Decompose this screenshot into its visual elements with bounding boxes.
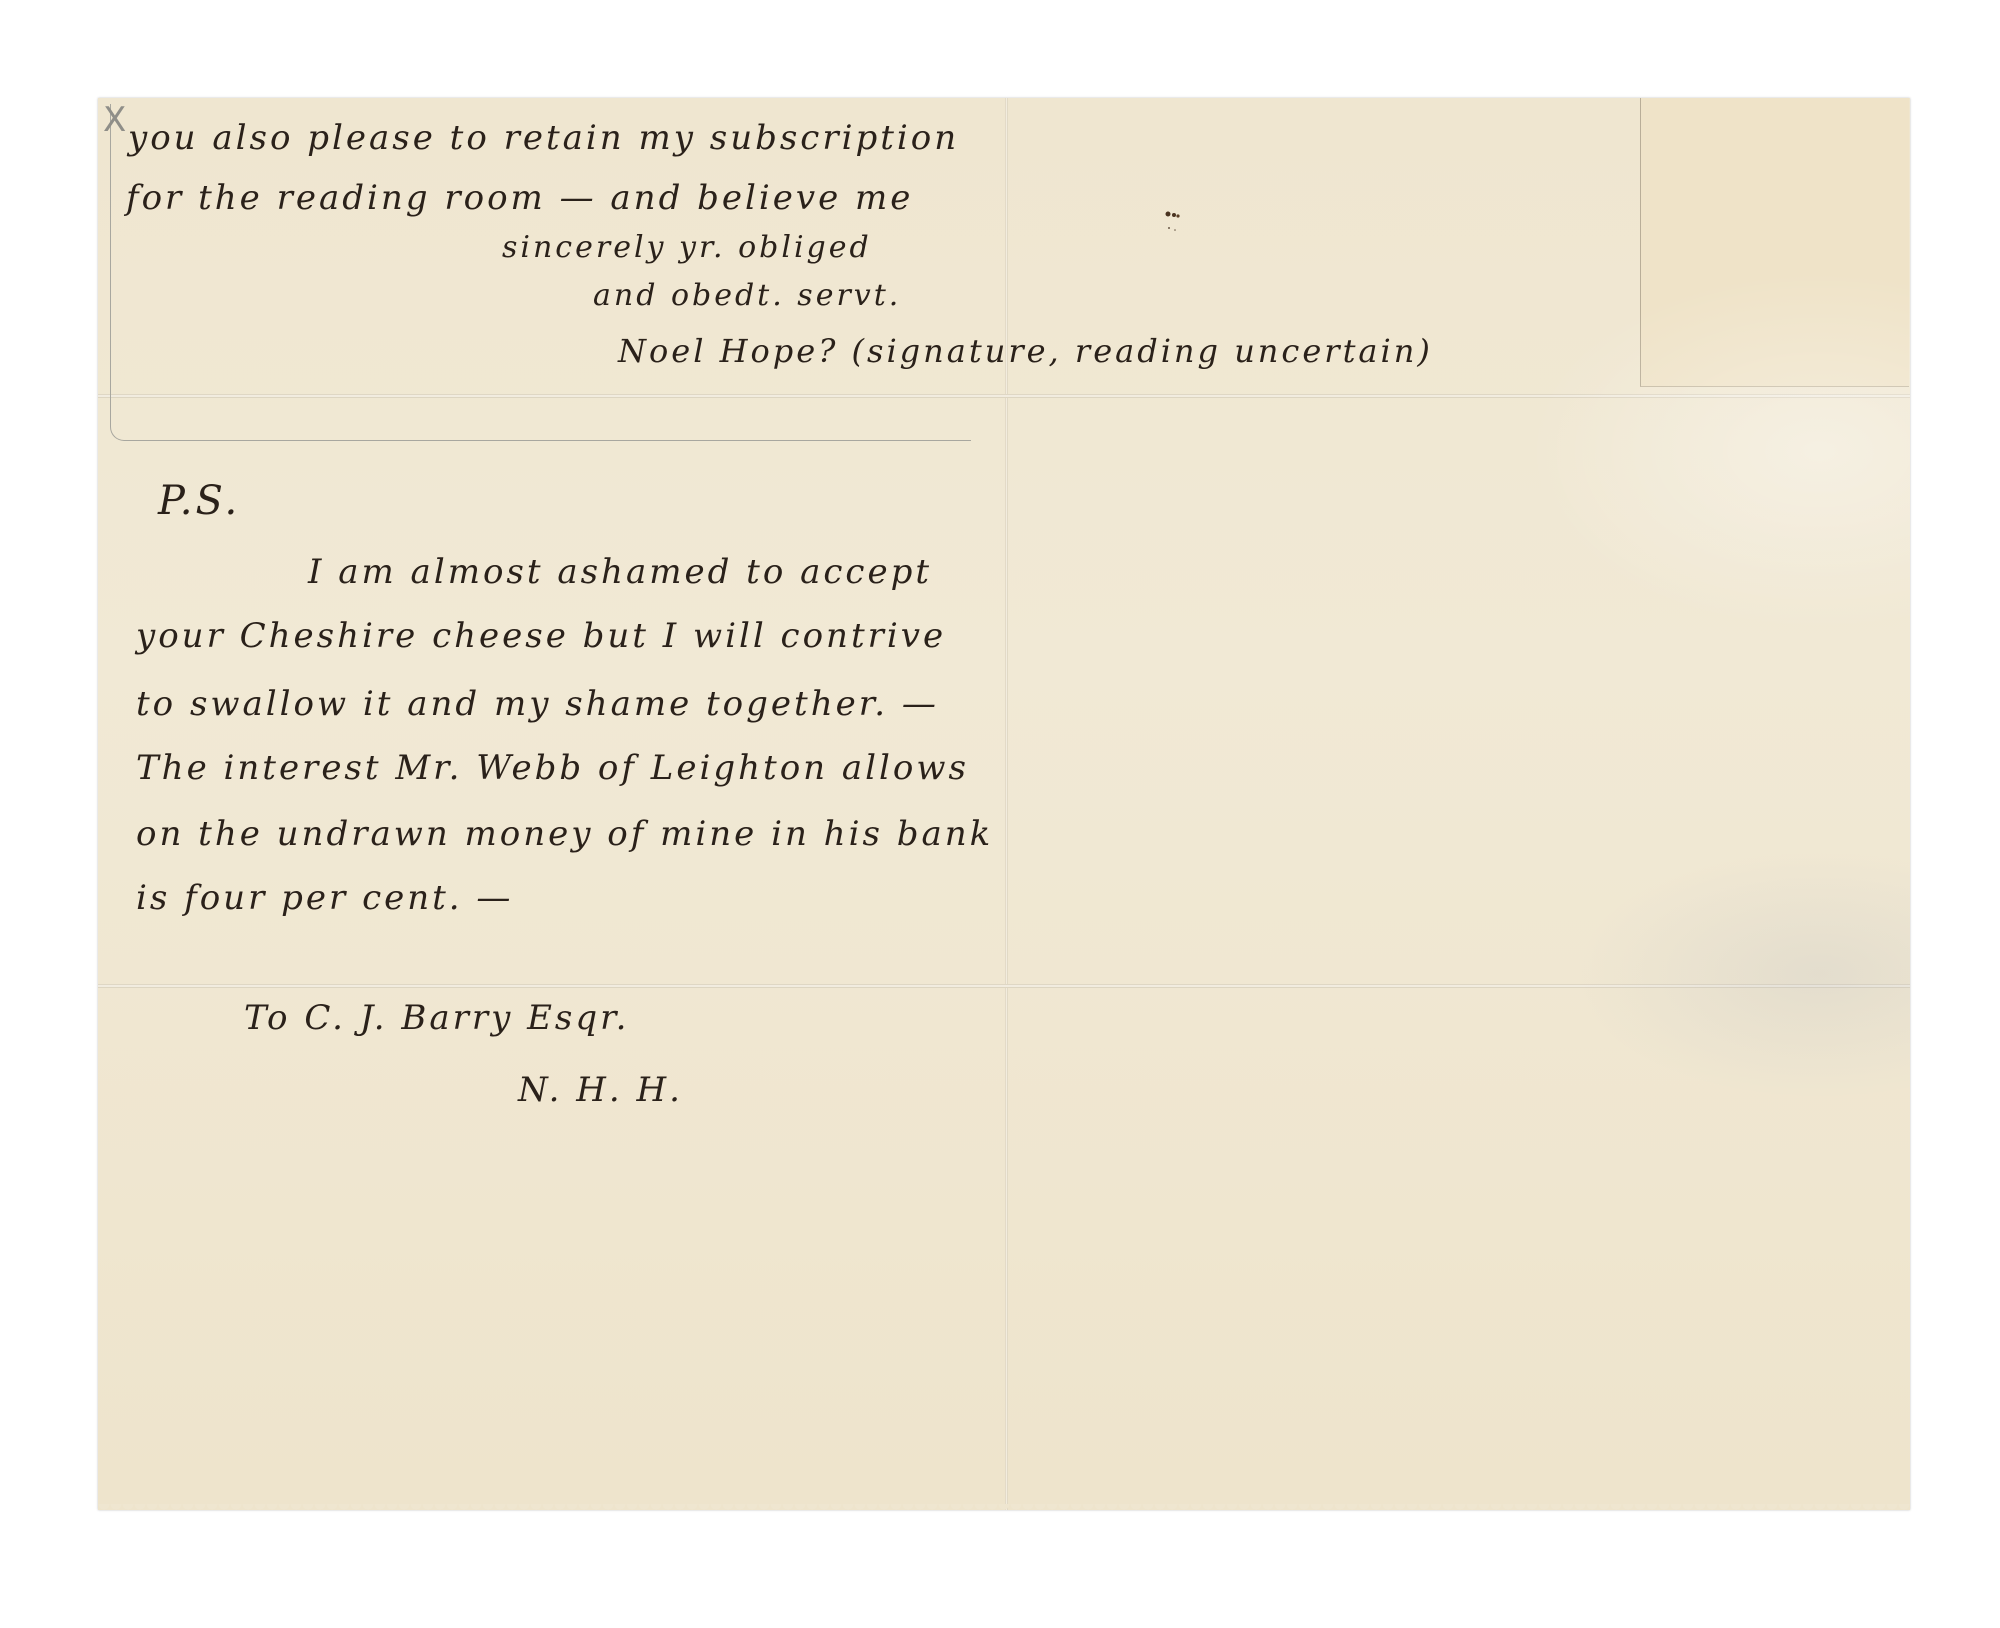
letter-sheet: X you also please to retain my subscript… (98, 98, 1910, 1510)
postscript-line: I am almost ashamed to accept (308, 552, 932, 592)
pasted-paper-slip (1640, 98, 1909, 387)
postscript-line: The interest Mr. Webb of Leighton allows (136, 748, 969, 788)
ink-blot (1160, 206, 1184, 236)
postscript-heading: P.S. (158, 478, 240, 524)
letter-line: for the reading room — and believe me (126, 178, 913, 218)
horizontal-fold-lower (98, 984, 1910, 988)
signature: Noel Hope? (signature, reading uncertain… (618, 332, 1433, 370)
addressee-line: To C. J. Barry Esqr. (244, 998, 629, 1038)
closing-line: and obedt. servt. (593, 278, 901, 313)
postscript-line: is four per cent. — (136, 878, 513, 918)
postscript-line: on the undrawn money of mine in his bank (136, 814, 993, 854)
pencil-margin-mark: X (103, 100, 126, 140)
torn-bottom-edge (98, 1504, 1910, 1516)
vertical-fold (1005, 98, 1008, 1510)
postscript-line: your Cheshire cheese but I will contrive (136, 616, 946, 656)
postscript-line: to swallow it and my shame together. — (136, 684, 939, 724)
letter-line: you also please to retain my subscriptio… (128, 118, 959, 158)
initials: N. H. H. (518, 1070, 683, 1110)
closing-line: sincerely yr. obliged (502, 230, 872, 265)
